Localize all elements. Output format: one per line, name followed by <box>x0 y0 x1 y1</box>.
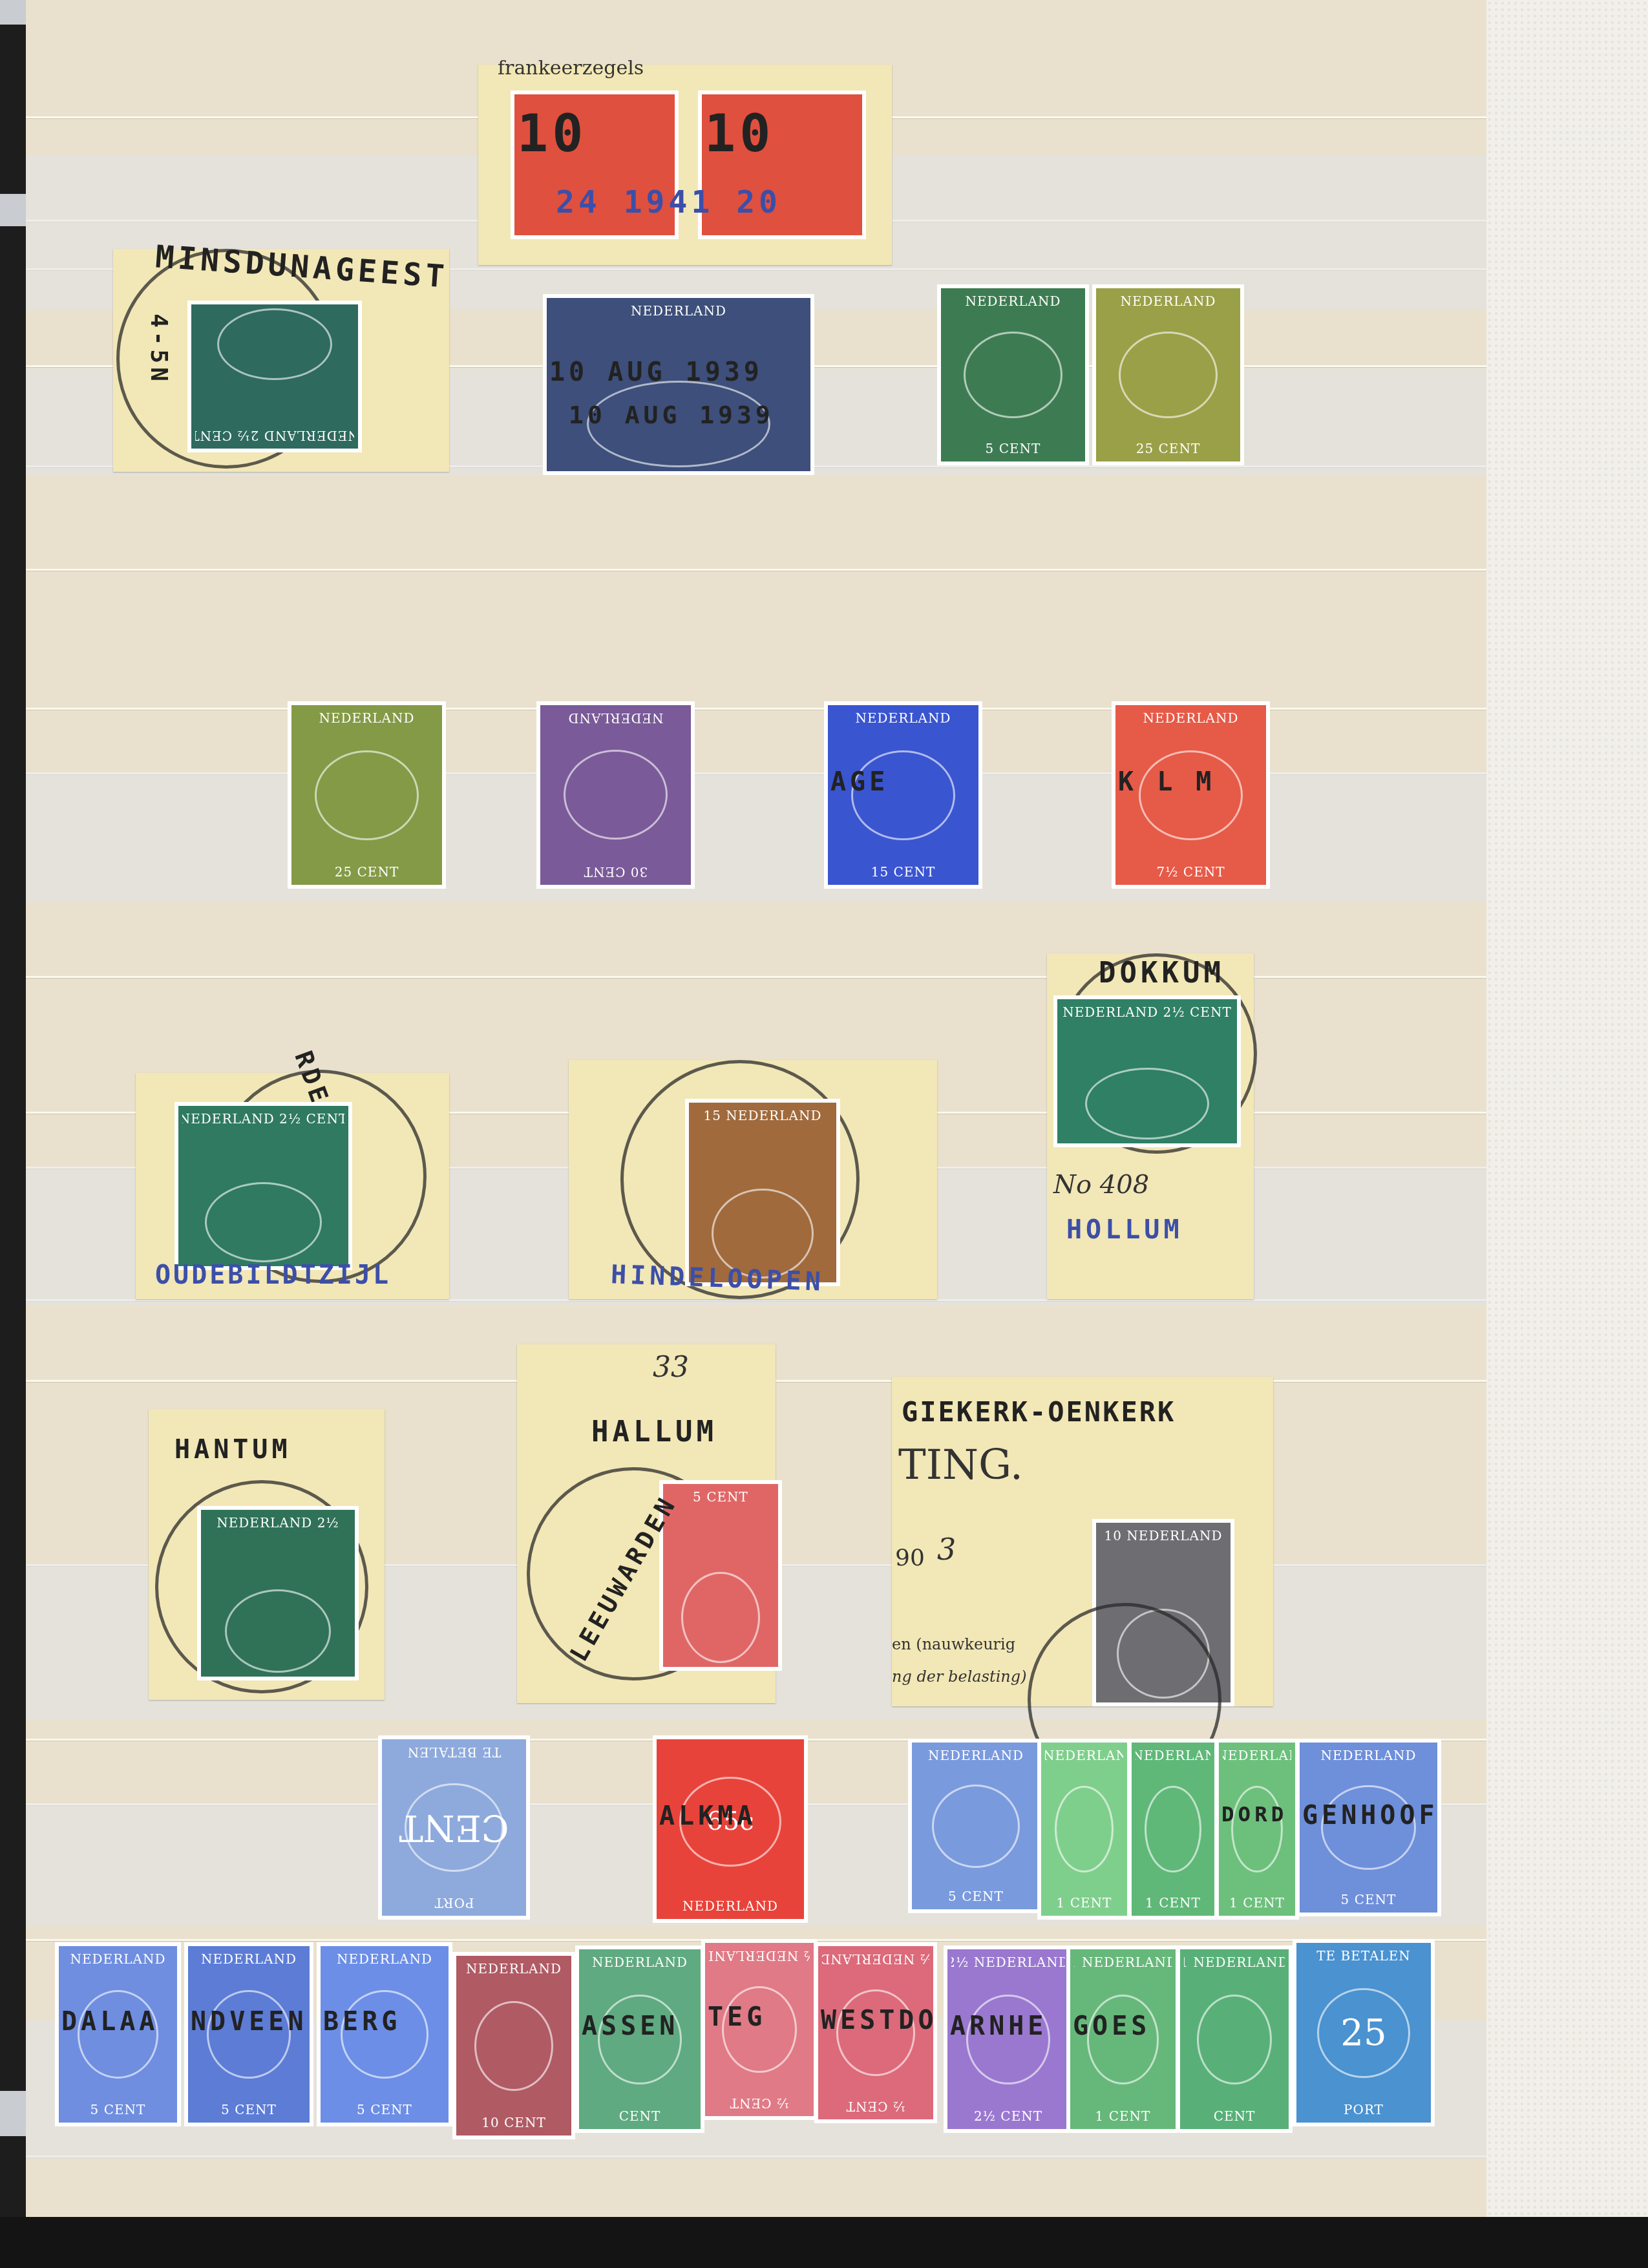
stamp-bottom-text: PORT <box>1341 2101 1386 2119</box>
stamp: NEDERLAND25 CENT <box>1092 284 1244 465</box>
stamp-bottom-text: 1 CENT <box>1054 1894 1115 1912</box>
stamp-bottom-text: CENT <box>617 2107 664 2125</box>
stamp-top-text: 30 CENT <box>581 863 651 881</box>
printed-line: en (nauwkeurig <box>892 1635 1015 1653</box>
stamp-top-text: 1 NEDERLAND <box>1136 1746 1210 1765</box>
stamp-design: NEDERLAND25 CENT <box>295 709 438 881</box>
scan-background <box>0 2217 1648 2268</box>
stamp: NEDERLAND10 CENT <box>452 1952 575 2139</box>
stamp-top-text: ½ CENT <box>843 2097 908 2115</box>
stamp-bottom-text: 1 CENT <box>1143 1894 1203 1912</box>
stamp-bottom-text: 5 CENT <box>354 2101 415 2119</box>
stamp-portrait <box>1055 1786 1114 1872</box>
stamp-design: NEDERLAND 2½ <box>205 1514 351 1673</box>
stamp-portrait <box>1231 1786 1283 1872</box>
cancel-mark: K L M <box>1118 767 1215 797</box>
stamp-design: NEDERLAND10 CENT <box>460 1960 567 2132</box>
stamp-design: 1 NEDERLANDCENT <box>1184 1953 1285 2125</box>
stamp: 1 NEDERLAND1 CENT <box>1215 1739 1299 1920</box>
stamp-bottom-text: 5 CENT <box>218 2101 279 2119</box>
stamp-top-text: NEDERLAND <box>463 1960 564 1978</box>
stamp-top-text <box>728 1743 733 1746</box>
stamp-portrait <box>964 332 1063 418</box>
stamp-bottom-text: 5 CENT <box>1338 1891 1399 1909</box>
cancel-mark: DALAA <box>61 2007 158 2037</box>
postmark-town: DOKKUM <box>1099 957 1225 990</box>
stamp: NEDERLAND5 CENT <box>937 284 1089 465</box>
stamp-top-text: 1 NEDERLAND <box>1045 1746 1123 1765</box>
stamp-top-text: 1 NEDERLAND <box>1184 1953 1285 1971</box>
handwritten-note: 33 <box>653 1351 689 1384</box>
stamp-design: TE BETALEN25PORT <box>1300 1947 1427 2119</box>
binder-edge <box>0 0 26 2268</box>
cancel-mark: GOES <box>1073 2011 1150 2041</box>
stamp-top-text: NEDERLAND <box>628 302 729 320</box>
stamp-bottom-text: 5 CENT <box>983 440 1044 458</box>
cancel-mark: ASSEN <box>582 2011 679 2041</box>
stamp-top-text: NEDERLAND <box>67 1950 168 1968</box>
cancel-line: OUDEBILDTZIJL <box>155 1260 391 1290</box>
piece-header-text: frankeerzegels <box>498 57 644 79</box>
stamp: PORTCENTTE BETALEN <box>378 1735 530 1920</box>
cancel-mark: ALKMA <box>659 1801 756 1831</box>
stamp-top-text: NEDERLAND <box>1117 292 1218 310</box>
stamp-bottom-text: 1 CENT <box>1093 2107 1154 2125</box>
stamp-bottom-text: NEDERLAND <box>565 709 666 727</box>
printed-heading: TING. <box>898 1441 1023 1489</box>
stamp-design: 30 CENTNEDERLAND <box>544 709 687 881</box>
cancel-mark: GENHOOF <box>1302 1801 1439 1830</box>
stamp-portrait <box>205 1182 322 1262</box>
stamp-top-text: NEDERLAND <box>852 709 953 727</box>
stamp-top-text: 2½ NEDERLAND <box>951 1953 1065 1971</box>
stamp-top-text: NEDERLAND <box>334 1950 435 1968</box>
stamp-top-text: NEDERLAND <box>1140 709 1241 727</box>
stamp: 1 NEDERLAND1 CENT <box>1037 1739 1131 1920</box>
stamp-bottom-text: 15 CENT <box>869 863 938 881</box>
stamp: NEDERLAND 2½ CENT <box>1053 995 1241 1147</box>
handwritten-note: 3 <box>937 1532 956 1567</box>
cancel-mark: BERG <box>323 2007 401 2037</box>
stamp-top-text: NEDERLAND <box>1318 1746 1419 1765</box>
stamp-bottom-text: 1 CENT <box>1227 1894 1287 1912</box>
stamp-portrait <box>1119 332 1218 418</box>
stamp-top-text: 1 NEDERLAND <box>1074 1953 1172 1971</box>
stamp-design: NEDERLAND 2½ CENT <box>182 1110 344 1262</box>
stamp-bottom-text: CENT <box>1211 2107 1258 2125</box>
stamp-bottom-text: 5 CENT <box>88 2101 149 2119</box>
stamp-top-text: NEDERLAND <box>962 292 1063 310</box>
stamp-top-text: NEDERLAND 2½ <box>214 1514 342 1532</box>
stamp-bottom-text: 5 CENT <box>945 1887 1006 1905</box>
stamp-top-text: 10 NEDERLAND <box>1102 1527 1225 1545</box>
postmark-date: 4-5N <box>145 313 172 385</box>
stamp: NEDERLAND5 CENT <box>908 1739 1044 1913</box>
stamp-value: 25 <box>1340 2012 1386 2054</box>
cancel-mark: AGE <box>830 767 889 797</box>
cancel-line: GIEKERK-OENKERK <box>902 1396 1176 1428</box>
cancel-mark: 24 1941 20 <box>556 184 781 220</box>
stamp-portrait: CENT <box>405 1783 504 1872</box>
stamp-portrait <box>932 1785 1020 1868</box>
stamp-design: NEDERLAND 2½ CENT <box>1061 1003 1233 1139</box>
stamp: NEDERLAND 2½ <box>197 1506 359 1680</box>
stamp-bottom-text: 10 CENT <box>479 2114 549 2132</box>
overprint: 10 <box>517 103 587 164</box>
stamp: NEDERLAND25 CENT <box>288 701 446 889</box>
stamp: NEDERLAND 2½ CENT <box>187 301 362 452</box>
stamp-top-text: 5 CENT <box>690 1488 751 1506</box>
stamp-bottom-text: 25 CENT <box>332 863 402 881</box>
stamp: 30 CENTNEDERLAND <box>536 701 695 889</box>
cancel-line: HOLLUM <box>1066 1215 1183 1245</box>
cancel-line: HALLUM <box>591 1415 717 1448</box>
stamp-top-text: PORT <box>432 1894 477 1912</box>
stamp-bottom-text: ½ NEDERLAND <box>822 1950 929 1968</box>
stamp-design: 1 NEDERLAND1 CENT <box>1045 1746 1123 1912</box>
stamp-top-text: ½ CENT <box>727 2094 792 2112</box>
stamp-portrait <box>1085 1068 1209 1140</box>
stamp-top-text: NEDERLAND <box>198 1950 299 1968</box>
stamp-portrait <box>1145 1786 1201 1872</box>
stamp-top-text: NEDERLAND <box>589 1953 690 1971</box>
cancel-line: HANTUM <box>174 1435 291 1465</box>
stamp-design: NEDERLAND5 CENT <box>945 292 1081 458</box>
stamp-bottom-text: 25 CENT <box>1134 440 1203 458</box>
stamp-bottom-text: ½ NEDERLAND <box>709 1947 810 1965</box>
cancel-mark: 10 AUG 1939 <box>549 357 763 387</box>
cancel-mark: WESTDO <box>821 2006 938 2035</box>
stamp-design: 5 CENT <box>667 1488 774 1663</box>
stamp-design: 1 NEDERLAND1 CENT <box>1223 1746 1291 1912</box>
stamp-portrait: 25 <box>1317 1988 1410 2078</box>
stamp-bottom-text: TE BETALEN <box>405 1743 504 1761</box>
overprint: 10 <box>704 103 774 164</box>
stamp-design: NEDERLAND5 CENT <box>916 1746 1036 1905</box>
handwritten-note: No 408 <box>1053 1170 1149 1200</box>
stamp-top-text: 1 NEDERLAND <box>1223 1746 1291 1765</box>
stamp: TE BETALEN25PORT <box>1293 1939 1435 2126</box>
stamp-top-text: NEDERLAND 2½ CENT <box>195 427 354 445</box>
stamp-portrait <box>681 1572 760 1664</box>
stamp-top-text: NEDERLAND 2½ CENT <box>182 1110 344 1128</box>
printed-year: 90 <box>895 1545 925 1571</box>
cancel-mark: TEG <box>708 2002 766 2032</box>
stamp-top-text: 15 NEDERLAND <box>701 1107 825 1125</box>
stamp-design: NEDERLAND25 CENT <box>1100 292 1236 458</box>
cancel-mark: ARNHE <box>950 2011 1047 2041</box>
stamp-portrait <box>315 750 419 840</box>
stamp-top-text: NEDERLAND <box>316 709 417 727</box>
stamp-portrait <box>564 750 668 840</box>
stamp: 1 NEDERLAND1 CENT <box>1128 1739 1218 1920</box>
stamp-bottom-text: 2½ CENT <box>971 2107 1045 2125</box>
stamp-portrait <box>474 2001 553 2091</box>
stamp-top-text: TE BETALEN <box>1314 1947 1413 1965</box>
stamp-portrait <box>217 308 332 381</box>
interleaf-panel <box>1486 0 1648 2217</box>
stamp-design: 1 NEDERLAND1 CENT <box>1136 1746 1210 1912</box>
stamp-bottom-text: 7½ CENT <box>1154 863 1227 881</box>
stamp-top-text: NEDERLAND 2½ CENT <box>1061 1003 1233 1021</box>
printed-line: ng der belasting) <box>892 1668 1027 1686</box>
stamp-portrait <box>1197 1995 1271 2084</box>
stamp-value: CENT <box>399 1807 509 1849</box>
cancel-mark: NDVEEN <box>191 2007 308 2037</box>
stamp-design: 15 NEDERLAND <box>693 1107 832 1278</box>
stamp-design: PORTCENTTE BETALEN <box>386 1743 522 1912</box>
cancel-mark: DORD <box>1221 1802 1287 1827</box>
stamp-portrait <box>225 1589 331 1673</box>
stamp-top-text: NEDERLAND <box>925 1746 1026 1765</box>
stamp: 15 NEDERLAND <box>685 1099 840 1286</box>
stamp: NEDERLAND 2½ CENT <box>174 1102 352 1270</box>
stamp-design: NEDERLAND 2½ CENT <box>195 308 354 445</box>
cancel-mark: 10 AUG 1939 <box>569 401 774 429</box>
stamp-bottom-text: NEDERLAND <box>680 1897 781 1915</box>
stamp: 1 NEDERLANDCENT <box>1176 1945 1293 2133</box>
